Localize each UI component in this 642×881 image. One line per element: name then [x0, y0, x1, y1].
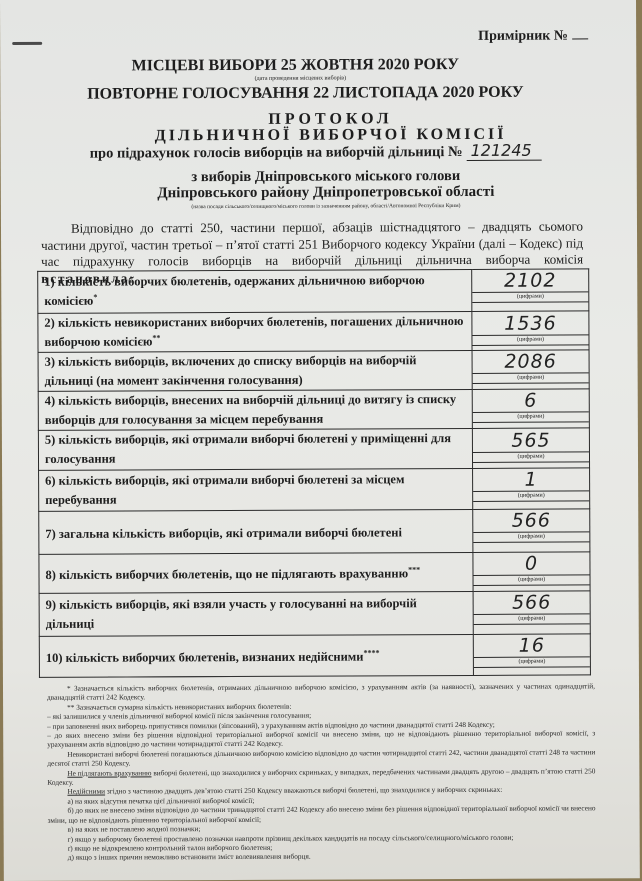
runoff-title: ПОВТОРНЕ ГОЛОСУВАННЯ 22 ЛИСТОПАДА 2020 Р… — [0, 83, 620, 104]
row-label: 3) кількість виборців, включених до спис… — [38, 351, 472, 392]
row-value-cell: 566(цифрами) — [473, 509, 590, 553]
table-row: 5) кількість виборців, які отримали вибо… — [38, 428, 589, 470]
footnote-3: Не підлягають врахуванню виборчі бюлетен… — [47, 766, 595, 787]
elections-date-hint: (дата проведення місцевих виборів) — [150, 75, 450, 82]
table-row: 4) кількість виборців, внесених на вибор… — [38, 389, 589, 431]
digits-hint: (цифрами) — [473, 336, 589, 347]
value-cell-spacer — [473, 501, 589, 509]
value-cell-spacer — [474, 624, 590, 634]
footnote-4b: б) до яких не внесено зміни відповідно д… — [48, 804, 596, 825]
row-label-text: 1) кількість виборчих бюлетенів, одержан… — [44, 274, 425, 309]
row-value-cell: 6(цифрами) — [472, 389, 589, 429]
footnote-mark: * — [93, 293, 97, 302]
row-label-text: 6) кількість виборців, які отримали вибо… — [45, 472, 404, 507]
row-label: 8) кількість виборчих бюлетенів, що не п… — [39, 552, 473, 593]
handwritten-value: 16 — [474, 634, 590, 658]
results-table: 1) кількість виборчих бюлетенів, одержан… — [37, 268, 591, 677]
footnote-1: * Зазначається кількість виборчих бюлете… — [47, 681, 595, 702]
table-row: 6) кількість виборців, які отримали вибо… — [39, 468, 590, 511]
footnote-divider — [108, 676, 238, 678]
table-row: 7) загальна кількість виборців, які отри… — [39, 509, 590, 554]
district-name: Дніпровського району Дніпропетровської о… — [11, 183, 641, 203]
digits-hint: (цифрами) — [474, 614, 590, 625]
row-label: 7) загальна кількість виборців, які отри… — [39, 509, 473, 554]
row-label: 4) кількість виборців, внесених на вибор… — [38, 390, 472, 431]
digits-hint: (цифрами) — [473, 374, 589, 385]
digits-hint: (цифрами) — [473, 413, 589, 424]
protocol-sheet: Примірник № МІСЦЕВІ ВИБОРИ 25 ЖОВТНЯ 202… — [0, 0, 640, 881]
value-cell-spacer — [473, 542, 589, 552]
table-row: 2) кількість невикористаних виборчих бюл… — [38, 311, 589, 353]
copy-number: Примірник № — [478, 28, 588, 44]
row-value-cell: 2086(цифрами) — [472, 350, 589, 390]
row-value-cell: 0(цифрами) — [473, 552, 590, 592]
value-cell-spacer — [472, 302, 588, 311]
handwritten-value: 565 — [473, 429, 589, 453]
row-label: 9) кількість виборців, які взяли участь … — [39, 591, 473, 636]
pen-mark — [12, 42, 42, 45]
footnote-2d: Невикористані виборчі бюлетені погашають… — [47, 747, 595, 768]
row-label-text: 9) кількість виборців, які взяли участь … — [46, 596, 417, 631]
footnote-4f: д) якщо з інших причин неможливо встанов… — [48, 851, 596, 863]
row-label-text: 10) кількість виборчих бюлетенів, визнан… — [46, 650, 364, 665]
digits-hint: (цифрами) — [473, 452, 589, 463]
row-label: 1) кількість виборчих бюлетенів, одержан… — [38, 269, 472, 313]
value-cell-spacer — [473, 346, 589, 350]
footnote-2c: – до яких внесено зміни без рішення відп… — [47, 728, 595, 749]
digits-hint: (цифрами) — [473, 491, 589, 502]
row-label-text: 3) кількість виборців, включених до спис… — [45, 353, 417, 388]
footnote-mark: *** — [408, 565, 420, 574]
handwritten-value: 2102 — [472, 269, 588, 293]
footnote-4-term: Недійсними — [67, 787, 105, 796]
row-label-text: 7) загальна кількість виборців, які отри… — [45, 525, 402, 541]
row-value-cell: 566(цифрами) — [473, 591, 590, 635]
footnotes: * Зазначається кількість виборчих бюлете… — [47, 681, 596, 862]
digits-hint: (цифрами) — [474, 575, 590, 586]
station-line-text: про підрахунок голосів виборців на вибор… — [90, 144, 463, 162]
row-label: 5) кількість виборців, які отримали вибо… — [38, 429, 472, 470]
table-row: 3) кількість виборців, включених до спис… — [38, 350, 589, 392]
handwritten-value: 566 — [473, 509, 589, 533]
copy-number-blank — [572, 28, 588, 39]
footnote-mark: **** — [363, 648, 379, 657]
row-label: 10) кількість виборчих бюлетенів, визнан… — [39, 634, 473, 677]
row-label: 6) кількість виборців, які отримали вибо… — [39, 468, 473, 511]
table-row: 10) кількість виборчих бюлетенів, визнан… — [39, 634, 590, 677]
row-value-cell: 1(цифрами) — [473, 468, 590, 510]
row-label-text: 4) кількість виборців, внесених на вибор… — [45, 392, 456, 427]
handwritten-value: 0 — [474, 552, 590, 576]
row-value-cell: 1536(цифрами) — [472, 311, 589, 351]
handwritten-value: 1536 — [472, 313, 588, 337]
footnote-mark: ** — [152, 333, 160, 342]
elections-title: МІСЦЕВІ ВИБОРИ 25 ЖОВТНЯ 2020 РОКУ — [0, 55, 610, 76]
row-value-cell: 16(цифрами) — [473, 634, 590, 676]
footnote-3-term: Не підлягають врахуванню — [67, 768, 151, 777]
row-value-cell: 2102(цифрами) — [472, 269, 589, 312]
value-cell-spacer — [474, 667, 590, 675]
copy-number-label: Примірник № — [478, 29, 568, 44]
station-line: про підрахунок голосів виборців на вибор… — [1, 140, 631, 163]
row-value-cell: 565(цифрами) — [472, 428, 589, 468]
digits-hint: (цифрами) — [472, 292, 588, 303]
table-row: 9) кількість виборців, які взяли участь … — [39, 591, 590, 636]
station-number: 121245 — [467, 141, 542, 161]
handwritten-value: 6 — [473, 390, 589, 414]
handwritten-value: 1 — [473, 468, 589, 492]
footnote-4-text: згідно з частиною двадцять дев’ятою стат… — [105, 785, 502, 796]
row-label-text: 2) кількість невикористаних виборчих бюл… — [44, 314, 463, 349]
intro-text: Відповідно до статті 250, частини першої… — [41, 218, 583, 268]
district-hint: (назва посади сільського/селищного/міськ… — [11, 202, 641, 211]
digits-hint: (цифрами) — [474, 657, 590, 668]
digits-hint: (цифрами) — [473, 532, 589, 543]
handwritten-value: 566 — [474, 591, 590, 615]
row-label-text: 8) кількість виборчих бюлетенів, що не п… — [45, 566, 408, 582]
row-label-text: 5) кількість виборців, які отримали вибо… — [45, 432, 451, 467]
table-row: 1) кількість виборчих бюлетенів, одержан… — [38, 269, 589, 313]
row-label: 2) кількість невикористаних виборчих бюл… — [38, 311, 472, 352]
table-row: 8) кількість виборчих бюлетенів, що не п… — [39, 552, 590, 593]
handwritten-value: 2086 — [473, 351, 589, 375]
